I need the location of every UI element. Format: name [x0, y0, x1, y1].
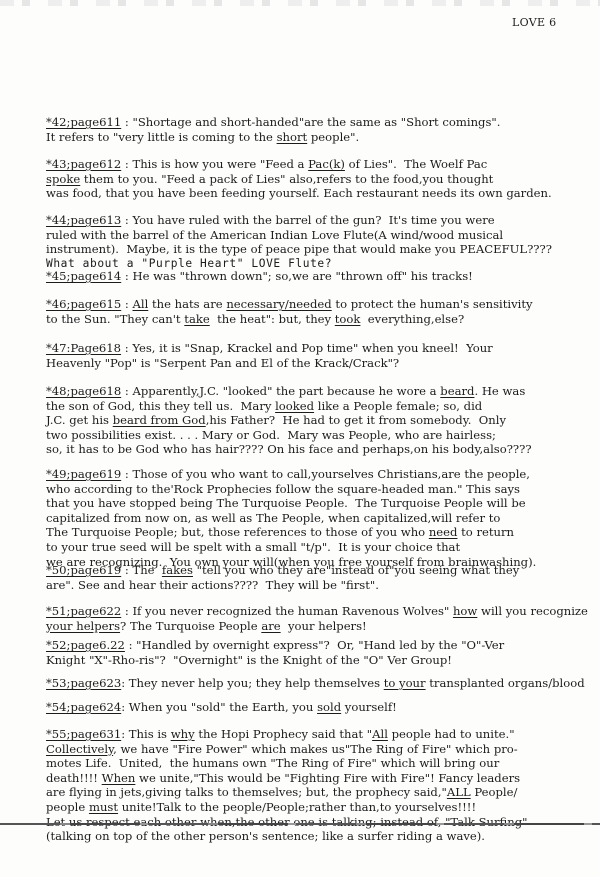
text-run: What about a "Purple Heart" LOVE Flute? — [46, 257, 332, 270]
text-run: : When you "sold" the Earth, you — [121, 700, 317, 714]
entry-line: to your true seed will be spelt with a s… — [46, 540, 600, 555]
entry-line: It refers to "very little is coming to t… — [46, 130, 600, 145]
underlined-text: All — [132, 297, 148, 311]
entry-line: people must unite!Talk to the people/Peo… — [46, 800, 600, 815]
entry-49: *49;page619 : Those of you who want to c… — [46, 467, 600, 569]
entry-line: J.C. get his beard from God,his Father? … — [46, 413, 600, 428]
underlined-text: Pac(k) — [308, 157, 345, 171]
entry-55: *55;page631: This is why the Hopi Prophe… — [46, 727, 600, 844]
entry-line: your helpers? The Turquoise People are y… — [46, 619, 600, 634]
text-run: people". — [307, 130, 359, 144]
underlined-text: Collectively — [46, 742, 113, 756]
entry-reference: *43;page612 — [46, 157, 121, 171]
text-run: : "Shortage and short-handed"are the sam… — [121, 115, 500, 129]
entry-line: capitalized from now on, as well as The … — [46, 511, 600, 526]
entry-reference: *54;page624 — [46, 700, 121, 714]
text-run: : This is how you were "Feed a — [121, 157, 308, 171]
text-run: to your true seed will be spelt with a s… — [46, 540, 460, 554]
entry-reference: *52;page6.22 — [46, 638, 125, 652]
text-run: so, it has to be God who has hair???? On… — [46, 442, 532, 456]
text-run: are". See and hear their actions???? The… — [46, 578, 379, 592]
entry-reference: *42;page611 — [46, 115, 121, 129]
entry-line: Collectively, we have "Fire Power" which… — [46, 742, 600, 757]
underlined-text: looked — [275, 399, 314, 413]
entry-line: *44;page613 : You have ruled with the ba… — [46, 213, 600, 228]
entry-reference: *49;page619 — [46, 467, 121, 481]
text-run: instrument). Maybe, it is the type of pe… — [46, 242, 552, 256]
text-run: It refers to "very little is coming to t… — [46, 130, 277, 144]
entry-line: spoke them to you. "Feed a pack of Lies"… — [46, 172, 600, 187]
entry-line: are". See and hear their actions???? The… — [46, 578, 600, 593]
entry-line: *45;page614 : He was "thrown down"; so,w… — [46, 269, 600, 284]
underlined-text: beard from God — [113, 413, 206, 427]
entry-54: *54;page624: When you "sold" the Earth, … — [46, 700, 600, 715]
entry-48: *48;page618 : Apparently,J.C. "looked" t… — [46, 384, 600, 457]
text-run: the son of God, this they tell us. Mary — [46, 399, 275, 413]
underlined-text: need — [429, 525, 458, 539]
text-run: : — [121, 297, 132, 311]
entry-reference: *48;page618 — [46, 384, 121, 398]
text-run: Knight "X"-Rho-ris"? "Overnight" is the … — [46, 653, 452, 667]
entry-line: two possibilities exist. . . . Mary or G… — [46, 428, 600, 443]
underlined-text: beard — [440, 384, 474, 398]
entry-reference: *45;page614 — [46, 269, 121, 283]
underlined-text: how — [453, 604, 477, 618]
text-run: (talking on top of the other person's se… — [46, 829, 485, 843]
entry-line: *46;page615 : All the hats are necessary… — [46, 297, 600, 312]
entry-line: *47:Page618 : Yes, it is "Snap, Krackel … — [46, 341, 600, 356]
text-run: : Apparently,J.C. "looked" the part beca… — [121, 384, 440, 398]
text-run: two possibilities exist. . . . Mary or G… — [46, 428, 496, 442]
entry-line: *54;page624: When you "sold" the Earth, … — [46, 700, 600, 715]
text-run: the heat": but, they — [210, 312, 335, 326]
entry-reference: *50;page619 — [46, 563, 121, 577]
entry-line: *52;page6.22 : "Handled by overnight exp… — [46, 638, 600, 653]
entry-line: Heavenly "Pop" is "Serpent Pan and El of… — [46, 356, 600, 371]
underlined-text: took — [335, 312, 361, 326]
entry-53: *53;page623: They never help you; they h… — [46, 676, 600, 691]
text-run: : He was "thrown down"; so,we are "throw… — [121, 269, 473, 283]
entry-43: *43;page612 : This is how you were "Feed… — [46, 157, 600, 201]
entry-reference: *46;page615 — [46, 297, 121, 311]
entry-line: Let us respect each other when,the other… — [46, 815, 600, 830]
text-run: : If you never recognized the human Rave… — [121, 604, 453, 618]
text-run: ruled with the barrel of the American In… — [46, 228, 503, 242]
text-run: Heavenly "Pop" is "Serpent Pan and El of… — [46, 356, 399, 370]
text-run: are flying in jets,giving talks to thems… — [46, 785, 447, 799]
underlined-text: to your — [384, 676, 426, 690]
text-run: to return — [457, 525, 514, 539]
text-run: death!!!! — [46, 771, 102, 785]
entry-line: ruled with the barrel of the American In… — [46, 228, 600, 243]
entry-line: Knight "X"-Rho-ris"? "Overnight" is the … — [46, 653, 600, 668]
text-run: the hats are — [148, 297, 226, 311]
underlined-text: ALL — [447, 785, 471, 799]
page-header-label: LOVE 6 — [512, 16, 556, 29]
entry-line: instrument). Maybe, it is the type of pe… — [46, 242, 600, 257]
text-run: People/ — [471, 785, 518, 799]
underlined-text: short — [277, 130, 308, 144]
text-run: capitalized from now on, as well as The … — [46, 511, 500, 525]
underlined-text: why — [171, 727, 195, 741]
text-run: : "Handled by overnight express"? Or, "H… — [125, 638, 504, 652]
text-run: everything,else? — [360, 312, 464, 326]
text-run: to protect the human's sensitivity — [332, 297, 533, 311]
underlined-text: All — [372, 727, 388, 741]
scan-top-edge — [0, 0, 600, 6]
text-run: them to you. "Feed a pack of Lies" also,… — [80, 172, 493, 186]
entry-line: who according to the'Rock Prophecies fol… — [46, 482, 600, 497]
entry-line: *43;page612 : This is how you were "Feed… — [46, 157, 600, 172]
text-run: ,his Father? He had to get it from someb… — [206, 413, 506, 427]
underlined-text: spoke — [46, 172, 80, 186]
text-run: The Turquoise People; but, those referen… — [46, 525, 429, 539]
entry-line: *50;page619 : The fakes "tell you who th… — [46, 563, 600, 578]
entry-line: *55;page631: This is why the Hopi Prophe… — [46, 727, 600, 742]
text-run: J.C. get his — [46, 413, 113, 427]
entry-line: death!!!! When we unite,"This would be "… — [46, 771, 600, 786]
text-run: people — [46, 800, 89, 814]
text-run: was food, that you have been feeding you… — [46, 186, 552, 200]
text-run: : This is — [121, 727, 170, 741]
entry-50: *50;page619 : The fakes "tell you who th… — [46, 563, 600, 592]
text-run: your helpers! — [281, 619, 367, 633]
underlined-text: are — [261, 619, 280, 633]
text-run: : You have ruled with the barrel of the … — [121, 213, 494, 227]
entry-reference: *55;page631 — [46, 727, 121, 741]
entry-line: *51;page622 : If you never recognized th… — [46, 604, 600, 619]
entry-line: (talking on top of the other person's se… — [46, 829, 600, 844]
entry-reference: *44;page613 — [46, 213, 121, 227]
text-run: yourself! — [341, 700, 397, 714]
text-run: who according to the'Rock Prophecies fol… — [46, 482, 520, 496]
underlined-text: must — [89, 800, 118, 814]
text-run: like a People female; so, did — [314, 399, 482, 413]
entry-line: so, it has to be God who has hair???? On… — [46, 442, 600, 457]
entry-line: *49;page619 : Those of you who want to c… — [46, 467, 600, 482]
underlined-text: fakes — [162, 563, 193, 577]
text-run: Let us respect each other when,the other… — [46, 815, 528, 829]
entry-line: *48;page618 : Apparently,J.C. "looked" t… — [46, 384, 600, 399]
entry-line: was food, that you have been feeding you… — [46, 186, 600, 201]
entry-46: *46;page615 : All the hats are necessary… — [46, 297, 600, 326]
text-run: will you recognize — [477, 604, 588, 618]
entry-47: *47:Page618 : Yes, it is "Snap, Krackel … — [46, 341, 600, 370]
text-run: : Yes, it is "Snap, Krackel and Pop time… — [121, 341, 493, 355]
entry-reference: *53;page623 — [46, 676, 121, 690]
entry-line: *53;page623: They never help you; they h… — [46, 676, 600, 691]
entry-44: *44;page613 : You have ruled with the ba… — [46, 213, 600, 271]
entry-line: *42;page611 : "Shortage and short-handed… — [46, 115, 600, 130]
text-run: the Hopi Prophecy said that " — [195, 727, 372, 741]
entry-line: the son of God, this they tell us. Mary … — [46, 399, 600, 414]
text-run: : Those of you who want to call,yourselv… — [121, 467, 530, 481]
underlined-text: take — [184, 312, 209, 326]
text-run: "tell you who they are"instead of"you se… — [193, 563, 519, 577]
text-run: unite!Talk to the people/People;rather t… — [118, 800, 476, 814]
entry-reference: *47:Page618 — [46, 341, 121, 355]
underlined-text: When — [102, 771, 136, 785]
underlined-text: sold — [317, 700, 341, 714]
text-run: that you have stopped being The Turquois… — [46, 496, 526, 510]
text-run: , we have "Fire Power" which makes us"Th… — [113, 742, 518, 756]
text-run: transplanted organs/blood — [426, 676, 585, 690]
text-run: : They never help you; they help themsel… — [121, 676, 384, 690]
entry-line: are flying in jets,giving talks to thems… — [46, 785, 600, 800]
text-run: people had to unite." — [388, 727, 515, 741]
text-run: to the Sun. "They can't — [46, 312, 184, 326]
text-run: of Lies". The Woelf Pac — [345, 157, 487, 171]
entry-45: *45;page614 : He was "thrown down"; so,w… — [46, 269, 600, 284]
text-run: ? The Turquoise People — [120, 619, 261, 633]
entry-line: that you have stopped being The Turquois… — [46, 496, 600, 511]
entry-line: motes Life. United, the humans own "The … — [46, 756, 600, 771]
entry-52: *52;page6.22 : "Handled by overnight exp… — [46, 638, 600, 667]
text-run: we unite,"This would be "Fighting Fire w… — [135, 771, 520, 785]
entry-line: to the Sun. "They can't take the heat": … — [46, 312, 600, 327]
underlined-text: necessary/needed — [226, 297, 331, 311]
text-run: motes Life. United, the humans own "The … — [46, 756, 499, 770]
entry-42: *42;page611 : "Shortage and short-handed… — [46, 115, 600, 144]
page-divider-line — [0, 823, 600, 825]
underlined-text: your helpers — [46, 619, 120, 633]
entry-reference: *51;page622 — [46, 604, 121, 618]
entry-line: The Turquoise People; but, those referen… — [46, 525, 600, 540]
entry-51: *51;page622 : If you never recognized th… — [46, 604, 600, 633]
text-run: . He was — [474, 384, 525, 398]
text-run: : The — [121, 563, 162, 577]
